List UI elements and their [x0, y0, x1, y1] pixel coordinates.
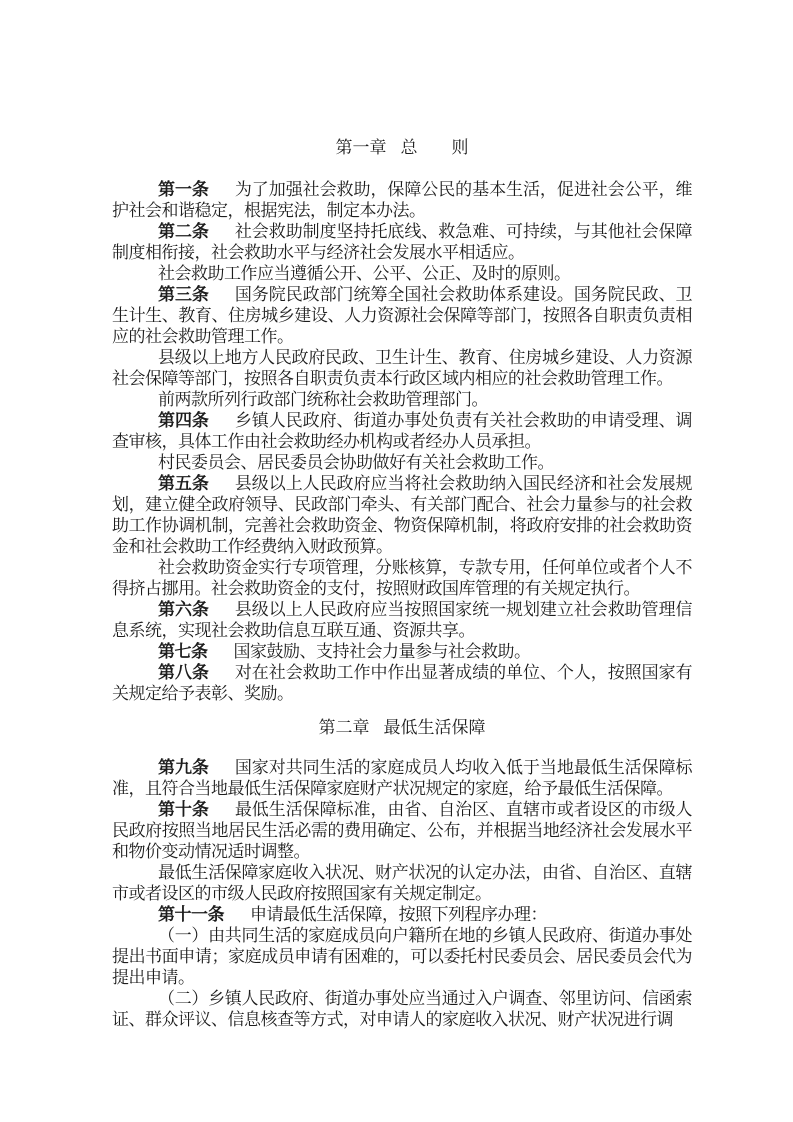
- paragraph-article-3-cont-1: 县级以上地方人民政府民政、卫生计生、教育、住房城乡建设、人力资源社会保障等部门，…: [112, 347, 692, 389]
- paragraph-article-5: 第五条县级以上人民政府应当将社会救助纳入国民经济和社会发展规划，建立健全政府领导…: [112, 473, 692, 557]
- article-7-text: 国家鼓励、支持社会力量参与社会救助。: [234, 642, 531, 661]
- paragraph-article-9: 第九条国家对共同生活的家庭成员人均收入低于当地最低生活保障标准，且符合当地最低生…: [112, 757, 692, 799]
- paragraph-article-10: 第十条最低生活保障标准，由省、自治区、直辖市或者设区的市级人民政府按照当地居民生…: [112, 799, 692, 862]
- paragraph-article-3-cont-2: 前两款所列行政部门统称社会救助管理部门。: [112, 389, 692, 410]
- article-3-label: 第三条: [158, 285, 209, 304]
- paragraph-article-6: 第六条县级以上人民政府应当按照国家统一规划建立社会救助管理信息系统，实现社会救助…: [112, 599, 692, 641]
- paragraph-article-4: 第四条乡镇人民政府、街道办事处负责有关社会救助的申请受理、调查审核，具体工作由社…: [112, 410, 692, 452]
- article-7-label: 第七条: [158, 642, 208, 661]
- article-2-cont-text: 社会救助工作应当遵循公开、公平、公正、及时的原则。: [158, 264, 571, 283]
- paragraph-article-4-cont: 村民委员会、居民委员会协助做好有关社会救助工作。: [112, 452, 692, 473]
- paragraph-article-11: 第十一条申请最低生活保障，按照下列程序办理：: [112, 904, 692, 925]
- document-page: 第一章总 则 第一条为了加强社会救助，保障公民的基本生活，促进社会公平，维护社会…: [0, 0, 793, 1122]
- article-11-text: 申请最低生活保障，按照下列程序办理：: [250, 905, 547, 924]
- article-4-cont-text: 村民委员会、居民委员会协助做好有关社会救助工作。: [158, 453, 554, 472]
- paragraph-article-7: 第七条国家鼓励、支持社会力量参与社会救助。: [112, 641, 692, 662]
- article-6-label: 第六条: [158, 600, 209, 619]
- chapter-1-title: 总 则: [401, 138, 469, 157]
- paragraph-article-5-cont: 社会救助资金实行专项管理，分账核算，专款专用，任何单位或者个人不得挤占挪用。社会…: [112, 557, 692, 599]
- article-5-label: 第五条: [158, 474, 209, 493]
- article-11-label: 第十一条: [158, 905, 224, 924]
- paragraph-article-2: 第二条社会救助制度坚持托底线、救急难、可持续，与其他社会保障制度相衔接，社会救助…: [112, 221, 692, 263]
- article-5-cont-text: 社会救助资金实行专项管理，分账核算，专款专用，任何单位或者个人不得挤占挪用。社会…: [112, 558, 692, 598]
- chapter-2-title: 最低生活保障: [384, 718, 486, 737]
- chapter-1-heading: 第一章总 则: [112, 137, 692, 158]
- paragraph-article-10-cont: 最低生活保障家庭收入状况、财产状况的认定办法，由省、自治区、直辖市或者设区的市级…: [112, 862, 692, 904]
- article-11-item-1-text: （一）由共同生活的家庭成员向户籍所在地的乡镇人民政府、街道办事处提出书面申请；家…: [112, 926, 692, 987]
- article-10-label: 第十条: [158, 800, 209, 819]
- paragraph-article-1: 第一条为了加强社会救助，保障公民的基本生活，促进社会公平，维护社会和谐稳定，根据…: [112, 179, 692, 221]
- article-3-cont-2-text: 前两款所列行政部门统称社会救助管理部门。: [158, 390, 488, 409]
- article-10-cont-text: 最低生活保障家庭收入状况、财产状况的认定办法，由省、自治区、直辖市或者设区的市级…: [112, 863, 692, 903]
- chapter-2-heading: 第二章最低生活保障: [112, 717, 692, 738]
- article-1-label: 第一条: [158, 180, 209, 199]
- paragraph-article-11-item-2: （二）乡镇人民政府、街道办事处应当通过入户调查、邻里访问、信函索证、群众评议、信…: [112, 988, 692, 1030]
- paragraph-article-11-item-1: （一）由共同生活的家庭成员向户籍所在地的乡镇人民政府、街道办事处提出书面申请；家…: [112, 925, 692, 988]
- paragraph-article-3: 第三条国务院民政部门统筹全国社会救助体系建设。国务院民政、卫生计生、教育、住房城…: [112, 284, 692, 347]
- article-11-item-2-text: （二）乡镇人民政府、街道办事处应当通过入户调查、邻里访问、信函索证、群众评议、信…: [112, 989, 692, 1029]
- paragraph-article-8: 第八条对在社会救助工作中作出显著成绩的单位、个人，按照国家有关规定给予表彰、奖励…: [112, 662, 692, 704]
- article-3-cont-1-text: 县级以上地方人民政府民政、卫生计生、教育、住房城乡建设、人力资源社会保障等部门，…: [112, 348, 692, 388]
- chapter-1-number: 第一章: [336, 138, 387, 157]
- article-9-label: 第九条: [158, 758, 209, 777]
- article-4-label: 第四条: [158, 411, 209, 430]
- article-8-label: 第八条: [158, 663, 209, 682]
- chapter-2-number: 第二章: [319, 718, 370, 737]
- article-2-label: 第二条: [158, 222, 209, 241]
- paragraph-article-2-cont: 社会救助工作应当遵循公开、公平、公正、及时的原则。: [112, 263, 692, 284]
